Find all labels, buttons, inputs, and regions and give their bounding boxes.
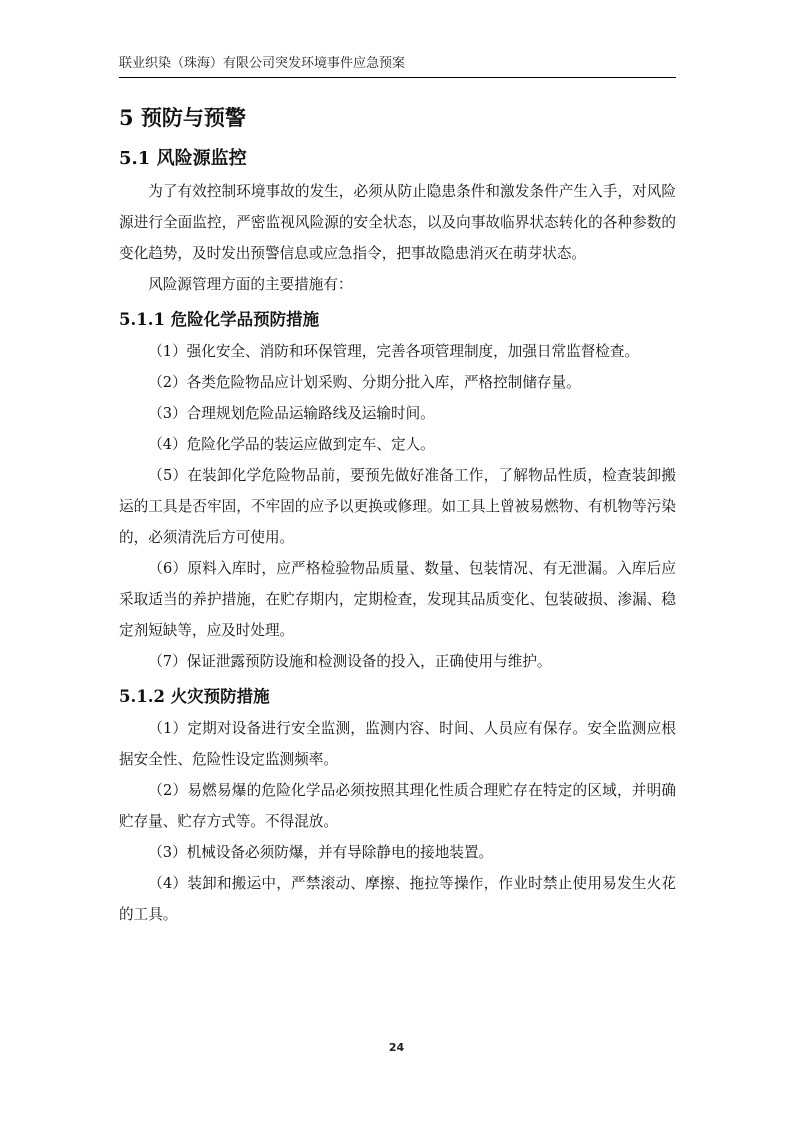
list-item: （4）危险化学品的装运应做到定车、定人。 (119, 429, 676, 460)
section-heading-5-1-1: 5.1.1 危险化学品预防措施 (119, 304, 676, 336)
page-body: 5 预防与预警 5.1 风险源监控 为了有效控制环境事故的发生，必须从防止隐患条… (119, 100, 676, 930)
paragraph: 风险源管理方面的主要措施有： (119, 269, 676, 300)
list-item: （2）各类危险物品应计划采购、分期分批入库，严格控制储存量。 (119, 367, 676, 398)
list-item: （5）在装卸化学危险物品前，要预先做好准备工作，了解物品性质，检查装卸搬运的工具… (119, 460, 676, 553)
section-heading-5-1-2: 5.1.2 火灾预防措施 (119, 681, 676, 713)
list-item: （3）机械设备必须防爆，并有导除静电的接地装置。 (119, 837, 676, 868)
page-number: 24 (0, 1041, 793, 1054)
chapter-heading: 5 预防与预警 (119, 100, 676, 136)
list-item: （1）定期对设备进行安全监测，监测内容、时间、人员应有保存。安全监测应根据安全性… (119, 713, 676, 775)
list-item: （2）易燃易爆的危险化学品必须按照其理化性质合理贮存在特定的区域，并明确贮存量、… (119, 775, 676, 837)
section-heading-5-1: 5.1 风险源监控 (119, 142, 676, 176)
running-header: 联业织染（珠海）有限公司突发环境事件应急预案 (119, 52, 676, 78)
list-item: （6）原料入库时，应严格检验物品质量、数量、包装情况、有无泄漏。入库后应采取适当… (119, 553, 676, 646)
list-item: （1）强化安全、消防和环保管理，完善各项管理制度，加强日常监督检查。 (119, 336, 676, 367)
list-item: （4）装卸和搬运中，严禁滚动、摩擦、拖拉等操作，作业时禁止使用易发生火花的工具。 (119, 868, 676, 930)
paragraph: 为了有效控制环境事故的发生，必须从防止隐患条件和激发条件产生入手，对风险源进行全… (119, 176, 676, 269)
list-item: （3）合理规划危险品运输路线及运输时间。 (119, 398, 676, 429)
list-item: （7）保证泄露预防设施和检测设备的投入，正确使用与维护。 (119, 646, 676, 677)
